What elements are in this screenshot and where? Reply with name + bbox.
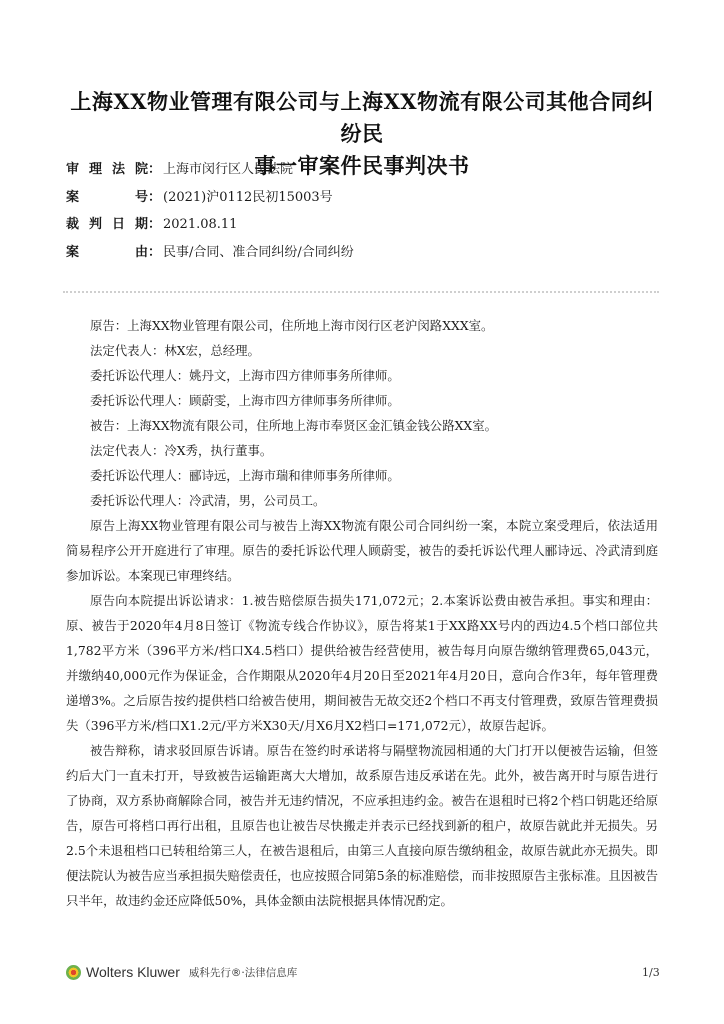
brand-name: Wolters Kluwer [86, 964, 180, 980]
meta-value: 民事/合同、准合同纠纷/合同纠纷 [163, 241, 354, 260]
meta-case-cause: 案 由 ： 民事/合同、准合同纠纷/合同纠纷 [66, 241, 626, 269]
paragraph-case-intro: 原告上海XX物业管理有限公司与被告上海XX物流有限公司合同纠纷一案，本院立案受理… [66, 513, 658, 588]
meta-label: 裁 判 日 期 [66, 213, 148, 232]
meta-judgment-date: 裁 判 日 期 ： 2021.08.11 [66, 213, 626, 241]
meta-label: 案 号 [66, 186, 148, 205]
meta-value: 2021.08.11 [163, 217, 237, 232]
party-line: 委托诉讼代理人：姚丹文，上海市四方律师事务所律师。 [66, 363, 658, 388]
party-line: 委托诉讼代理人：郦诗远，上海市瑞和律师事务所律师。 [66, 463, 658, 488]
judgment-body: 原告：上海XX物业管理有限公司，住所地上海市闵行区老沪闵路XXX室。 法定代表人… [66, 313, 658, 913]
meta-value: 上海市闵行区人民法院 [163, 158, 293, 177]
meta-court: 审 理 法 院 ： 上海市闵行区人民法院 [66, 158, 626, 186]
wolters-kluwer-logo-icon [66, 965, 81, 980]
section-divider [63, 291, 659, 293]
meta-value: (2021)沪0112民初15003号 [163, 186, 333, 205]
party-line: 原告：上海XX物业管理有限公司，住所地上海市闵行区老沪闵路XXX室。 [66, 313, 658, 338]
party-line: 被告：上海XX物流有限公司，住所地上海市奉贤区金汇镇金钱公路XX室。 [66, 413, 658, 438]
case-metadata: 审 理 法 院 ： 上海市闵行区人民法院 案 号 ： (2021)沪0112民初… [66, 158, 626, 268]
meta-label: 审 理 法 院 [66, 158, 148, 177]
party-line: 委托诉讼代理人：冷武清，男，公司员工。 [66, 488, 658, 513]
meta-case-number: 案 号 ： (2021)沪0112民初15003号 [66, 186, 626, 214]
page-number: 1/3 [642, 966, 660, 979]
title-line-1: 上海XX物业管理有限公司与上海XX物流有限公司其他合同纠纷民 [60, 86, 664, 150]
party-line: 法定代表人：林X宏，总经理。 [66, 338, 658, 363]
brand-name-cn: 威科先行®·法律信息库 [189, 965, 297, 980]
party-line: 委托诉讼代理人：顾蔚雯，上海市四方律师事务所律师。 [66, 388, 658, 413]
footer-branding: Wolters Kluwer 威科先行®·法律信息库 [66, 964, 297, 980]
paragraph-defendant-defense: 被告辩称，请求驳回原告诉请。原告在签约时承诺将与隔壁物流园相通的大门打开以便被告… [66, 738, 658, 913]
meta-label: 案 由 [66, 241, 148, 260]
paragraph-plaintiff-claims: 原告向本院提出诉讼请求：1.被告赔偿原告损失171,072元；2.本案诉讼费由被… [66, 588, 658, 738]
party-line: 法定代表人：冷X秀，执行董事。 [66, 438, 658, 463]
